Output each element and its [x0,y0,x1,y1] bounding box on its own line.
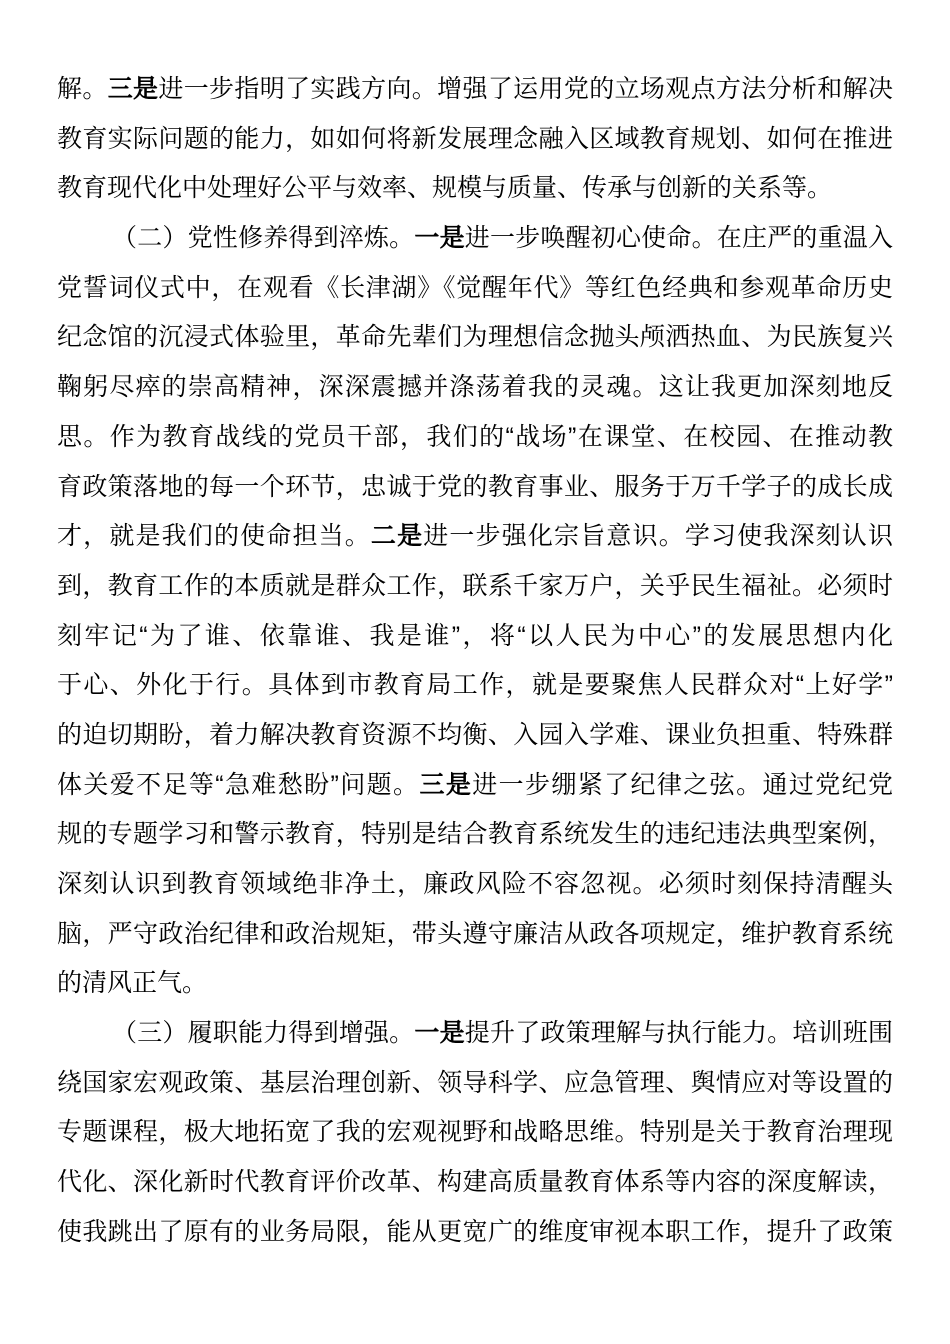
text-run: 育政策落地的每一个环节，忠诚于党的教育事业、服务于万千学子的成长成 [57,473,893,501]
text-run: 思。作为教育战线的党员干部，我们的“战场”在课堂、在校园、在推动教 [57,423,893,451]
text-run: 深刻认识到教育领域绝非净土，廉政风险不容忽视。必须时刻保持清醒头 [57,870,893,898]
document-body: 解。三是进一步指明了实践方向。增强了运用党的立场观点方法分析和解决教育实际问题的… [0,0,950,1258]
text-run: 才，就是我们的使命担当。 [57,522,371,550]
text-line: 代化、深化新时代教育评价改革、构建高质量教育体系等内容的深度解读， [57,1158,893,1208]
text-line: 使我跳出了原有的业务局限，能从更宽广的维度审视本职工作，提升了政策 [57,1208,893,1258]
text-line: 才，就是我们的使命担当。二是进一步强化宗旨意识。学习使我深刻认识 [57,512,893,562]
text-line: 脑，严守政治纪律和政治规矩，带头遵守廉洁从政各项规定，维护教育系统 [57,910,893,960]
text-run: 专题课程，极大地拓宽了我的宏观视野和战略思维。特别是关于教育治理现 [57,1118,893,1146]
text-line: 体关爱不足等“急难愁盼”问题。三是进一步绷紧了纪律之弦。通过党纪党 [57,761,893,811]
text-line: 育政策落地的每一个环节，忠诚于党的教育事业、服务于万千学子的成长成 [57,463,893,513]
text-run: 进一步唤醒初心使命。在庄严的重温入 [465,224,893,252]
bold-run: 三是 [419,771,472,799]
text-run: （三）履职能力得到增强。 [112,1019,414,1047]
text-line: 的迫切期盼，着力解决教育资源不均衡、入园入学难、课业负担重、特殊群 [57,711,893,761]
bold-run: 三是 [108,75,159,103]
text-run: 党誓词仪式中，在观看《长津湖》《觉醒年代》等红色经典和参观革命历史 [57,274,893,302]
text-line: 鞠躬尽瘁的崇高精神，深深震撼并涤荡着我的灵魂。这让我更加深刻地反 [57,363,893,413]
text-line: 规的专题学习和警示教育，特别是结合教育系统发生的违纪违法典型案例， [57,810,893,860]
text-run: 进一步指明了实践方向。增强了运用党的立场观点方法分析和解决 [158,75,893,103]
text-run: 绕国家宏观政策、基层治理创新、领导科学、应急管理、舆情应对等设置的 [57,1069,893,1097]
text-run: （二）党性修养得到淬炼。 [112,224,414,252]
document-page: 解。三是进一步指明了实践方向。增强了运用党的立场观点方法分析和解决教育实际问题的… [0,0,950,1344]
text-run: 代化、深化新时代教育评价改革、构建高质量教育体系等内容的深度解读， [57,1168,893,1196]
text-line: 深刻认识到教育领域绝非净土，廉政风险不容忽视。必须时刻保持清醒头 [57,860,893,910]
text-run: 鞠躬尽瘁的崇高精神，深深震撼并涤荡着我的灵魂。这让我更加深刻地反 [57,373,893,401]
text-line: 教育现代化中处理好公平与效率、规模与质量、传承与创新的关系等。 [57,164,893,214]
text-run: 使我跳出了原有的业务局限，能从更宽广的维度审视本职工作，提升了政策 [57,1218,893,1246]
text-run: 于心、外化于行。具体到市教育局工作，就是要聚焦人民群众对“上好学” [57,671,893,699]
text-line: 专题课程，极大地拓宽了我的宏观视野和战略思维。特别是关于教育治理现 [57,1108,893,1158]
text-line: 纪念馆的沉浸式体验里，革命先辈们为理想信念抛头颅洒热血、为民族复兴 [57,313,893,363]
text-run: 解。 [57,75,108,103]
text-line: 教育实际问题的能力，如如何将新发展理念融入区域教育规划、如何在推进 [57,115,893,165]
text-run: 进一步强化宗旨意识。学习使我深刻认识 [423,522,893,550]
text-run: 规的专题学习和警示教育，特别是结合教育系统发生的违纪违法典型案例， [57,820,893,848]
text-run: 的清风正气。 [57,969,207,997]
bold-run: 一是 [414,224,464,252]
text-run: 教育实际问题的能力，如如何将新发展理念融入区域教育规划、如何在推进 [57,125,893,153]
text-line: 思。作为教育战线的党员干部，我们的“战场”在课堂、在校园、在推动教 [57,413,893,463]
bold-run: 二是 [371,522,423,550]
text-line: （二）党性修养得到淬炼。一是进一步唤醒初心使命。在庄严的重温入 [57,214,893,264]
text-run: 到，教育工作的本质就是群众工作，联系千家万户，关乎民生福祉。必须时 [57,572,893,600]
text-run: 进一步绷紧了纪律之弦。通过党纪党 [472,771,893,799]
text-run: 体关爱不足等“急难愁盼”问题。 [57,771,419,799]
text-line: （三）履职能力得到增强。一是提升了政策理解与执行能力。培训班围 [57,1009,893,1059]
text-line: 刻牢记“为了谁、依靠谁、我是谁”，将“以人民为中心”的发展思想内化 [57,612,893,662]
text-line: 绕国家宏观政策、基层治理创新、领导科学、应急管理、舆情应对等设置的 [57,1059,893,1109]
text-run: 脑，严守政治纪律和政治规矩，带头遵守廉洁从政各项规定，维护教育系统 [57,920,893,948]
text-run: 纪念馆的沉浸式体验里，革命先辈们为理想信念抛头颅洒热血、为民族复兴 [57,323,893,351]
text-line: 于心、外化于行。具体到市教育局工作，就是要聚焦人民群众对“上好学” [57,661,893,711]
text-run: 刻牢记“为了谁、依靠谁、我是谁”，将“以人民为中心”的发展思想内化 [57,622,893,650]
bold-run: 一是 [414,1019,464,1047]
text-line: 到，教育工作的本质就是群众工作，联系千家万户，关乎民生福祉。必须时 [57,562,893,612]
text-line: 党誓词仪式中，在观看《长津湖》《觉醒年代》等红色经典和参观革命历史 [57,264,893,314]
text-line: 解。三是进一步指明了实践方向。增强了运用党的立场观点方法分析和解决 [57,65,893,115]
text-run: 提升了政策理解与执行能力。培训班围 [465,1019,893,1047]
text-line: 的清风正气。 [57,959,893,1009]
text-run: 的迫切期盼，着力解决教育资源不均衡、入园入学难、课业负担重、特殊群 [57,721,893,749]
text-run: 教育现代化中处理好公平与效率、规模与质量、传承与创新的关系等。 [57,174,832,202]
